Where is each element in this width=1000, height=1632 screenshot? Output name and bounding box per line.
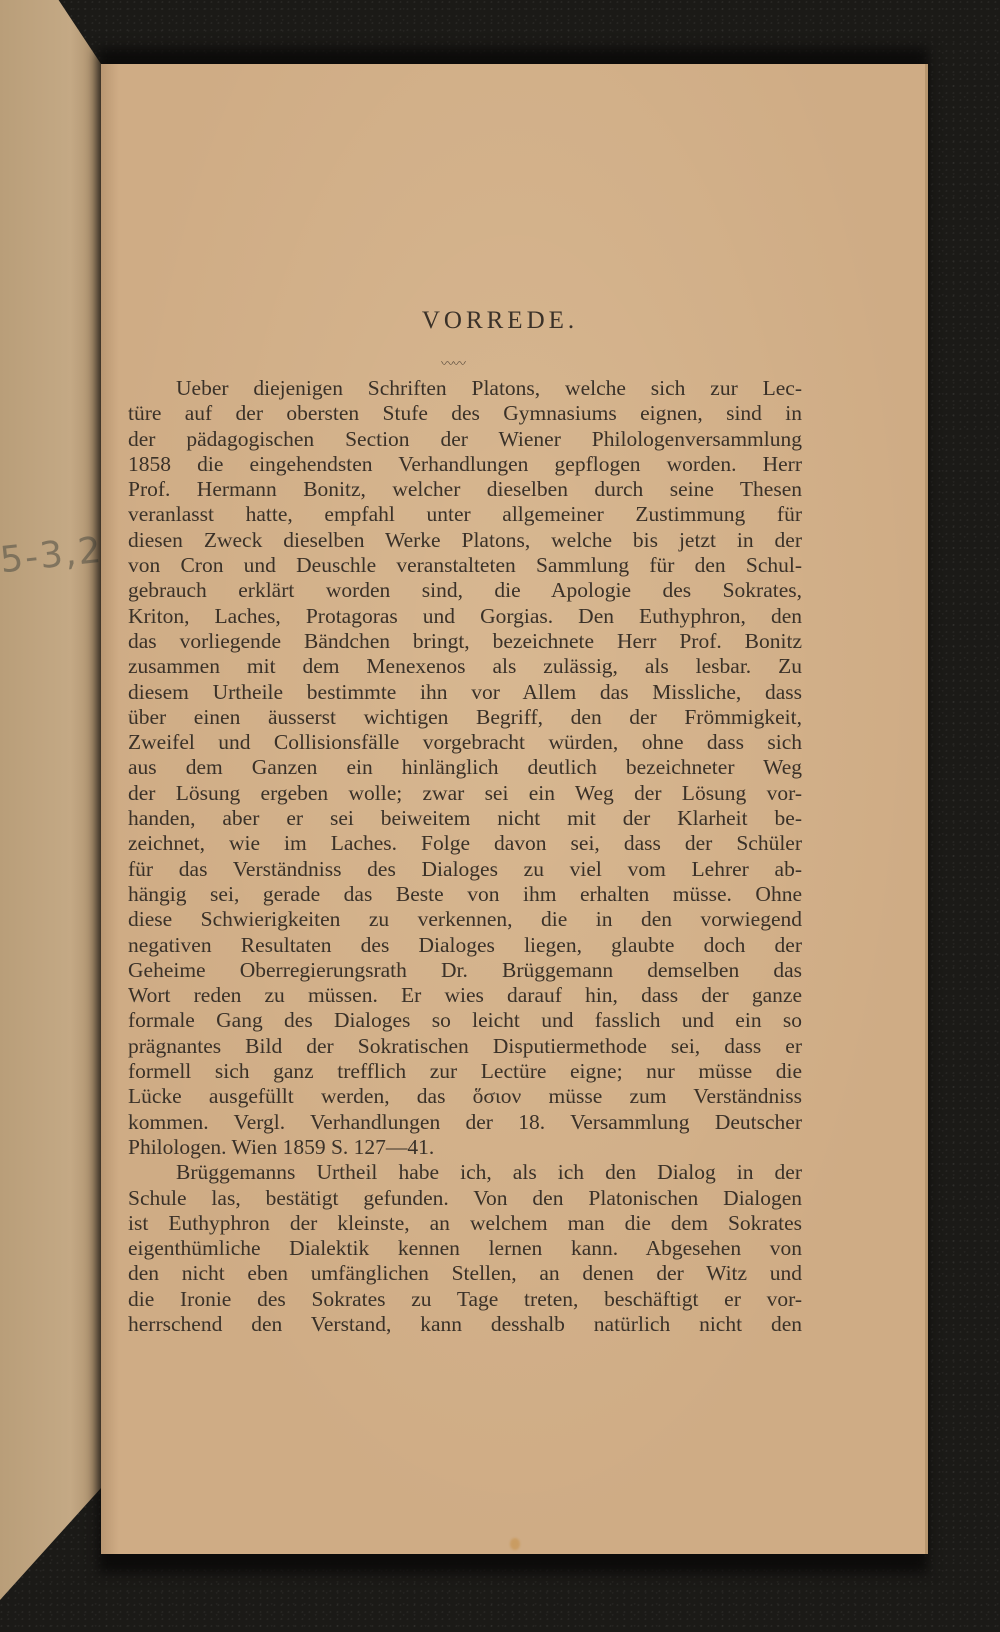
text-line: diese Schwierigkeiten zu verkennen, die … <box>128 907 802 932</box>
paper-stain <box>510 1538 520 1550</box>
text-line: aus dem Ganzen ein hinlänglich deutlich … <box>128 755 802 780</box>
text-line: Schule las, bestätigt gefunden. Von den … <box>128 1186 802 1211</box>
text-line: Philologen. Wien 1859 S. 127—41. <box>128 1135 802 1160</box>
text-line: die Ironie des Sokrates zu Tage treten, … <box>128 1287 802 1312</box>
text-line: Prof. Hermann Bonitz, welcher dieselben … <box>128 477 802 502</box>
text-line: 1858 die eingehendsten Verhandlungen gep… <box>128 452 802 477</box>
text-line: über einen äusserst wichtigen Begriff, d… <box>128 705 802 730</box>
text-line: diesen Zweck dieselben Werke Platons, we… <box>128 528 802 553</box>
text-line: Geheime Oberregierungsrath Dr. Brüggeman… <box>128 958 802 983</box>
text-line: Wort reden zu müssen. Er wies darauf hin… <box>128 983 802 1008</box>
page-title: VORREDE. <box>0 307 1000 335</box>
facing-page-left <box>0 0 101 1600</box>
text-line: negativen Resultaten des Dialoges liegen… <box>128 933 802 958</box>
text-line: eigenthümliche Dialektik kennen lernen k… <box>128 1236 802 1261</box>
text-line: kommen. Vergl. Verhandlungen der 18. Ver… <box>128 1110 802 1135</box>
text-line: Ueber diejenigen Schriften Platons, welc… <box>128 376 802 401</box>
text-line: prägnantes Bild der Sokratischen Disputi… <box>128 1034 802 1059</box>
text-line: herrschend den Verstand, kann desshalb n… <box>128 1312 802 1337</box>
text-line: zusammen mit dem Menexenos als zulässig,… <box>128 654 802 679</box>
text-line: hängig sei, gerade das Beste von ihm erh… <box>128 882 802 907</box>
text-line: Brüggemanns Urtheil habe ich, als ich de… <box>128 1160 802 1185</box>
text-line: das vorliegende Bändchen bringt, bezeich… <box>128 629 802 654</box>
text-line: von Cron und Deuschle veranstalteten Sam… <box>128 553 802 578</box>
title-ornament: 〰〰 <box>441 353 465 372</box>
text-line: handen, aber er sei beiweitem nicht mit … <box>128 806 802 831</box>
text-line: der Lösung ergeben wolle; zwar sei ein W… <box>128 781 802 806</box>
text-line: für das Verständniss des Dialoges zu vie… <box>128 857 802 882</box>
text-line: ist Euthyphron der kleinste, an welchem … <box>128 1211 802 1236</box>
text-line: zeichnet, wie im Laches. Folge davon sei… <box>128 831 802 856</box>
text-line: der pädagogischen Section der Wiener Phi… <box>128 427 802 452</box>
text-line: formale Gang des Dialoges so leicht und … <box>128 1008 802 1033</box>
text-line: diesem Urtheile bestimmte ihn vor Allem … <box>128 680 802 705</box>
body-text: Ueber diejenigen Schriften Platons, welc… <box>128 376 802 1337</box>
text-line: formell sich ganz trefflich zur Lectüre … <box>128 1059 802 1084</box>
text-line: veranlasst hatte, empfahl unter allgemei… <box>128 502 802 527</box>
text-line: gebrauch erklärt worden sind, die Apolog… <box>128 578 802 603</box>
text-line: Zweifel und Collisionsfälle vorgebracht … <box>128 730 802 755</box>
text-line: Lücke ausgefüllt werden, das ὅσιον müsse… <box>128 1084 802 1109</box>
text-line: den nicht eben umfänglichen Stellen, an … <box>128 1261 802 1286</box>
text-line: türe auf der obersten Stufe des Gymnasiu… <box>128 401 802 426</box>
text-line: Kriton, Laches, Protagoras und Gorgias. … <box>128 604 802 629</box>
